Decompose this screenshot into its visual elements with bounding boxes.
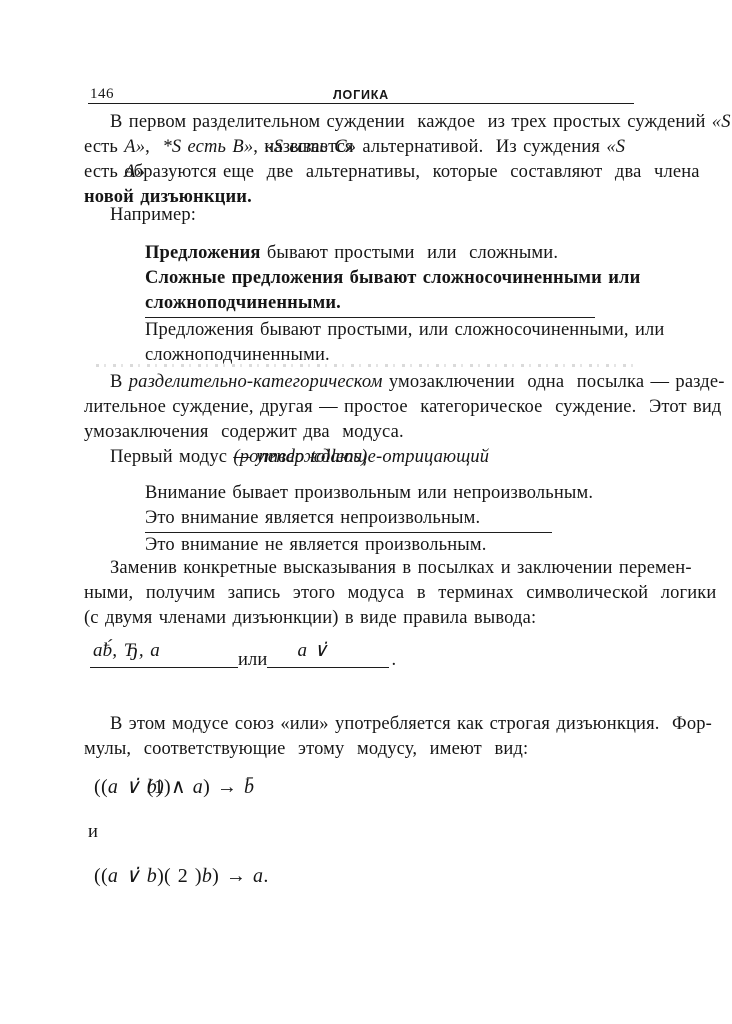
conjunction-i: и: [88, 820, 98, 845]
paragraph-2-line-1: В разделительно-категорическом умозаключ…: [84, 370, 725, 395]
paragraph-3-line-3: (с двумя членами дизъюнкции) в виде прав…: [84, 606, 716, 631]
example-block-2: Внимание бывает произвольным или непроиз…: [145, 481, 593, 558]
example-1-premise-1: Предложения бывают простыми или сложными…: [145, 241, 664, 266]
paragraph-3-line-1: Заменив конкретные высказывания в посылк…: [84, 556, 716, 581]
paragraph-4-line-1: В этом модусе союз «или» употребляется к…: [84, 712, 712, 737]
example-1-premise-2b-underlined: сложноподчиненными.: [145, 291, 595, 318]
rule-connector-ili: или: [238, 648, 267, 673]
paragraph-2: В разделительно-категорическом умозаключ…: [84, 370, 725, 470]
modus-formula-1: ((a ∨̇ b)(1)∧ a) → b̄: [94, 775, 254, 800]
running-header: 146 ЛОГИКА: [88, 86, 634, 104]
paragraph-4: В этом модусе союз «или» употребляется к…: [84, 712, 712, 762]
example-1-premise-2a: Сложные предложения бывают сложносочинен…: [145, 266, 664, 291]
paragraph-1-line-2: есть А», *S есть В», «S есть С»называетс…: [84, 135, 731, 160]
paragraph-1: В первом разделительном суждении каждое …: [84, 110, 731, 210]
rule-left-fraction: aƀ́, Ђ, a: [90, 638, 238, 668]
rule-right-fraction: a ∨̇: [267, 638, 389, 668]
running-header-title: ЛОГИКА: [88, 88, 634, 102]
paragraph-4-line-2: мулы, соответствующие этому модусу, имею…: [84, 737, 712, 762]
paragraph-1-line-3: есть А»образуются еще две альтернативы, …: [84, 160, 731, 185]
paragraph-1-line-1: В первом разделительном суждении каждое …: [84, 110, 731, 135]
rule-left-numerator: aƀ́, Ђ, a: [90, 638, 238, 667]
scan-noise-artifact: [96, 364, 638, 367]
example-1-conclusion-1: Предложения бывают простыми, или сложнос…: [145, 318, 664, 343]
paragraph-3-line-2: ными, получим запись этого модуса в терм…: [84, 581, 716, 606]
rule-period: .: [391, 648, 396, 673]
example-2-conclusion: Это внимание не является произвольным.: [145, 533, 593, 558]
rule-right-numerator: a ∨̇: [267, 638, 389, 667]
paragraph-3: Заменив конкретные высказывания в посылк…: [84, 556, 716, 631]
example-block-1: Предложения бывают простыми или сложными…: [145, 241, 664, 368]
example-2-premise-2-underlined: Это внимание является непроизвольным.: [145, 506, 552, 533]
naprimer-label: Например:: [110, 203, 196, 228]
inference-rule-formula: aƀ́, Ђ, a или a ∨̇ .: [90, 638, 396, 668]
naprimer-text: Например:: [110, 203, 196, 228]
paragraph-2-line-4-ghosted: Первый модус (ponendo tollens)— утвержда…: [84, 445, 725, 470]
modus-formula-2: ((a ∨̇ b)( 2 )b) → a.: [94, 864, 269, 889]
paragraph-2-line-3: умозаключения содержит два модуса.: [84, 420, 725, 445]
scanned-textbook-page: 146 ЛОГИКА В первом разделительном сужде…: [0, 0, 732, 1024]
example-2-premise-1: Внимание бывает произвольным или непроиз…: [145, 481, 593, 506]
paragraph-2-line-2: лительное суждение, другая — простое кат…: [84, 395, 725, 420]
